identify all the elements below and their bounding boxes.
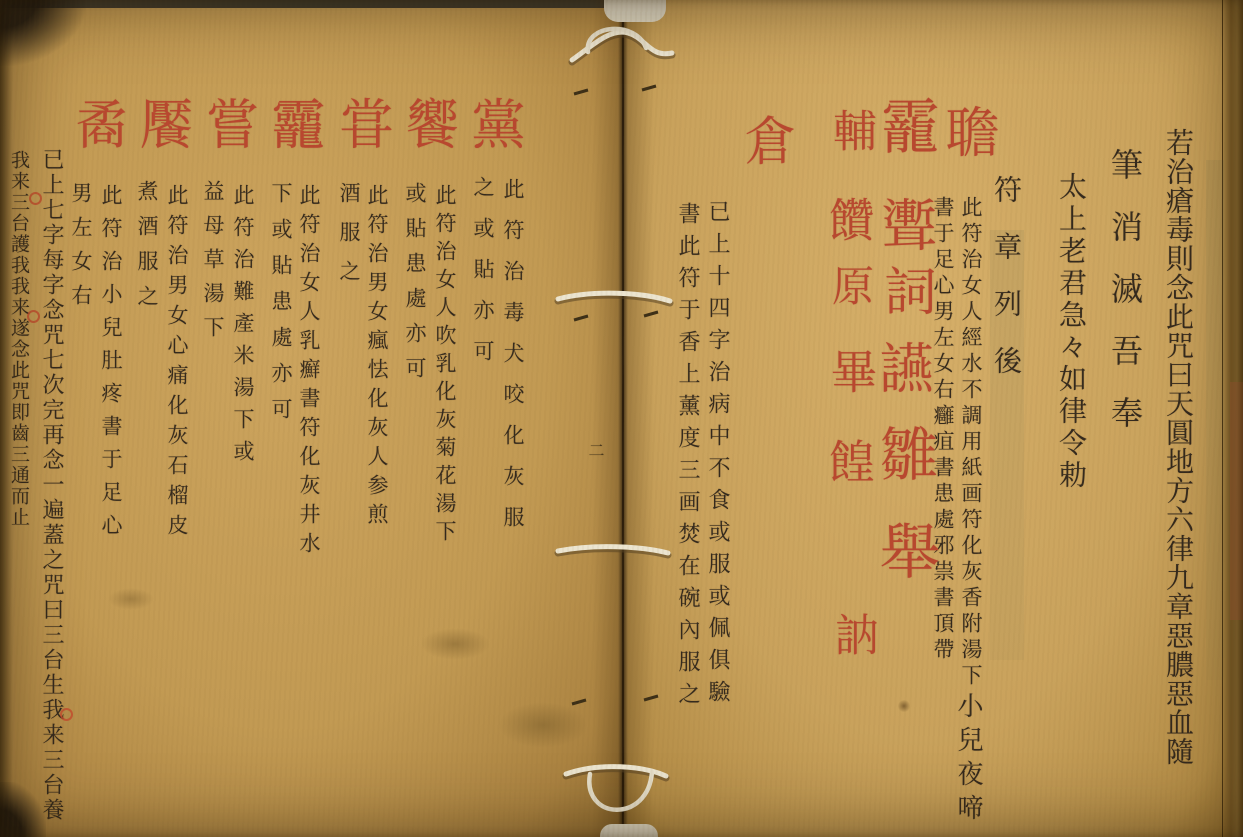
remedy-instruction-column: 此符治女人吹乳化灰菊花湯下 (430, 184, 460, 548)
remedy-instruction-column: 煮酒服之 (132, 180, 162, 320)
remedy-instruction-column: 下或貼患處亦可 (266, 182, 296, 434)
remedy-instruction-column: 男左女右 (66, 182, 96, 318)
talisman-seal-character: 矞 (60, 96, 137, 150)
remedy-instruction-column: 之或貼亦可 (468, 176, 498, 381)
talisman-seal-character: 原 (820, 264, 880, 306)
talisman-seal-character: 饡 (816, 196, 882, 242)
page-stack-edge-right (1222, 0, 1243, 837)
talisman-seal-character: 龗 (256, 96, 333, 150)
section-title-column: 符章列後 (986, 175, 1026, 403)
remedy-instruction-column: 此符治男女心痛化灰石榴皮 (162, 184, 192, 544)
red-punctuation-dot (60, 708, 73, 721)
summary-column: 書此符于香上薰度三画焚在碗內服之 (672, 202, 703, 714)
remedy-instruction-column: 此符治女人乳癬書符化灰井水 (294, 184, 324, 561)
folio-number: 二 (584, 442, 607, 458)
remedy-instruction-column: 此符治小兒肚疼書于足心 (96, 184, 126, 547)
talisman-seal-character: 舉 (862, 520, 948, 580)
red-punctuation-dot (29, 192, 42, 205)
remedy-instruction-column: 益母草湯下 (198, 180, 228, 350)
remedy-instruction-column: 此符治男女瘋怯化灰人参煎 (362, 184, 392, 532)
talisman-seal-character: 訥 (820, 612, 884, 656)
background-strip (0, 0, 622, 8)
summary-column: 已上十四字治病中不食或服或佩俱驗 (702, 200, 733, 712)
talisman-seal-character: 甞 (324, 96, 401, 150)
talisman-seal-character: 輔 (818, 108, 882, 152)
closing-mantra-column: 我来三台護我我来遂念此咒即齒三通而止 (6, 150, 33, 528)
remedy-instruction-column: 或貼患處亦可 (400, 182, 430, 392)
manuscript-photo: 若治瘡毒則念此咒曰天圓地方六律九章惡膿惡血隨 筆消滅吾奉 太上老君急々如律令勅 … (0, 0, 1243, 837)
incantation-column: 若治瘡毒則念此咒曰天圓地方六律九章惡膿惡血隨 (1158, 128, 1198, 766)
closing-mantra-column: 已上七字每字念咒七次完再念一遍蓋之咒曰三台生我来三台養 (36, 148, 67, 823)
binding-notch-bottom (600, 824, 658, 837)
remedy-instruction-column: 酒服之 (334, 182, 364, 299)
talisman-seal-character: 黨 (456, 96, 533, 150)
remedy-instruction-column: 此符治毒犬咬化灰服 (498, 178, 528, 547)
talisman-seal-character: 畢 (818, 348, 884, 394)
binding-notch-top (604, 0, 666, 22)
caption-night-cry: 小兒夜啼 (950, 692, 987, 828)
red-punctuation-dot (27, 310, 40, 323)
talisman-seal-character: 餭 (816, 438, 882, 484)
talisman-seal-character: 倉 (728, 114, 803, 166)
incantation-column: 筆消滅吾奉 (1102, 148, 1148, 458)
usage-note-column: 此符治女人經水不調用紙画符化灰香附湯下 (956, 196, 986, 690)
talisman-seal-character: 饗 (390, 96, 467, 150)
center-crease-line (622, 0, 624, 837)
remedy-instruction-column: 此符治難產米湯下或 (228, 184, 258, 472)
talisman-seal-character: 嘗 (190, 96, 267, 150)
incantation-column: 太上老君急々如律令勅 (1051, 172, 1091, 492)
